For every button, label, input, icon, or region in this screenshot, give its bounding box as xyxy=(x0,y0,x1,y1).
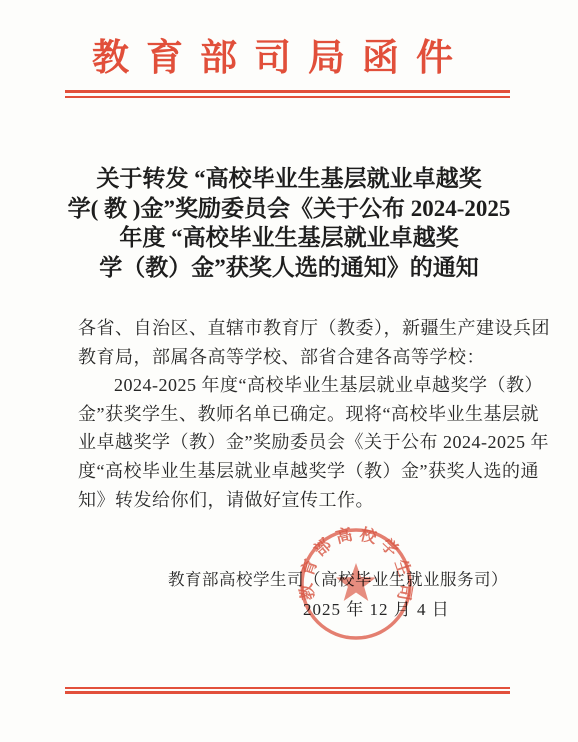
seal-arc-text: 教育部高校学生司 xyxy=(296,523,415,602)
letterhead-title: 教育部司局函件 xyxy=(0,27,570,81)
document-title-line: 学（教）金”获奖人选的通知》的通知 xyxy=(30,253,548,283)
body-line: 知》转发给你们，请做好宣传工作。 xyxy=(78,486,514,515)
body-line: 教育局，部属各高等学校、部省合建各高等学校： xyxy=(78,343,514,372)
document-title-line: 学( 教 )金”奖励委员会《关于公布 2024-2025 xyxy=(30,194,548,224)
body-line: 金”获奖学生、教师名单已确定。现将“高校毕业生基层就 xyxy=(78,400,514,429)
signature-department: 教育部高校学生司（高校毕业生就业服务司） xyxy=(168,566,508,590)
svg-text:教育部高校学生司: 教育部高校学生司 xyxy=(296,523,415,602)
body-text: 各省、自治区、直辖市教育厅（教委），新疆生产建设兵团 教育局，部属各高等学校、部… xyxy=(78,314,514,514)
body-line: 2024-2025 年度“高校毕业生基层就业卓越奖学（教） xyxy=(78,371,514,400)
signature-date: 2025 年 12 月 4 日 xyxy=(303,595,450,620)
body-line: 度“高校毕业生基层就业卓越奖学（教）金”获奖人选的通 xyxy=(78,457,514,486)
document-title-line: 关于转发 “高校毕业生基层就业卓越奖 xyxy=(30,164,548,194)
header-rule-thick xyxy=(65,90,510,93)
body-line: 各省、自治区、直辖市教育厅（教委），新疆生产建设兵团 xyxy=(78,314,514,343)
footer-rule-thin xyxy=(65,687,510,689)
document-title: 关于转发 “高校毕业生基层就业卓越奖 学( 教 )金”奖励委员会《关于公布 20… xyxy=(30,164,548,282)
document-page: 教育部司局函件 关于转发 “高校毕业生基层就业卓越奖 学( 教 )金”奖励委员会… xyxy=(0,0,578,742)
header-rule-thin xyxy=(65,96,510,98)
document-title-line: 年度 “高校毕业生基层就业卓越奖 xyxy=(30,223,548,253)
body-line: 业卓越奖学（教）金”奖励委员会《关于公布 2024-2025 年 xyxy=(78,428,514,457)
footer-rule-thick xyxy=(65,691,510,694)
